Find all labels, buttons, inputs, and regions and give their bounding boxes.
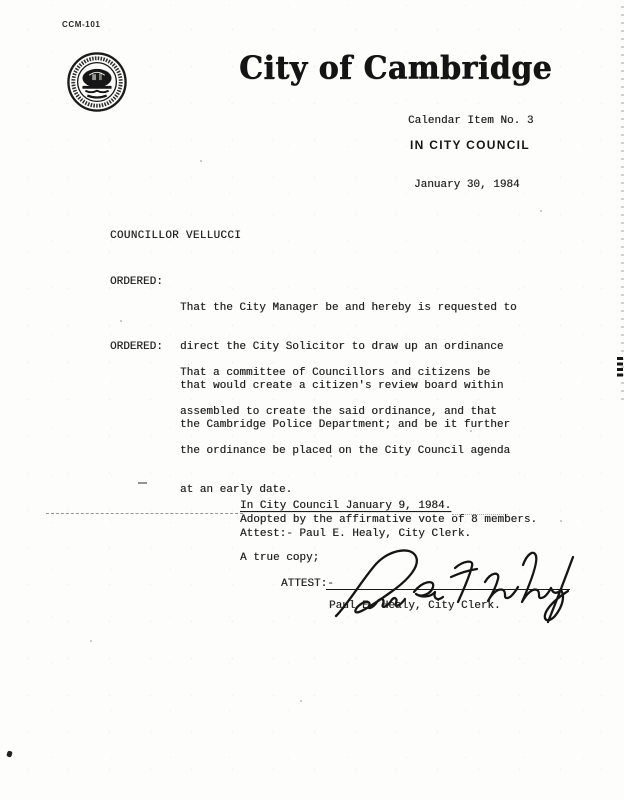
scan-edge-mark bbox=[617, 357, 623, 379]
order-2-text: That a committee of Councillors and citi… bbox=[180, 341, 510, 523]
order-2-line-2: assembled to create the said ordinance, … bbox=[180, 406, 510, 419]
scan-speck bbox=[330, 455, 332, 457]
scan-speck bbox=[120, 320, 122, 322]
sponsor-councillor: COUNCILLOR VELLUCCI bbox=[110, 230, 241, 243]
document-date: January 30, 1984 bbox=[414, 179, 520, 192]
document-title: City of Cambridge bbox=[239, 50, 552, 87]
calendar-item-number: Calendar Item No. 3 bbox=[408, 115, 533, 128]
scanned-council-order-page: CCM-101 City of Cambridge Calendar Item … bbox=[0, 0, 624, 800]
scan-speck bbox=[470, 430, 472, 432]
scan-artifact-line bbox=[46, 513, 243, 514]
scan-stray-dash bbox=[138, 482, 147, 484]
true-copy-line: A true copy; bbox=[240, 552, 319, 565]
signature-paul-e-healy bbox=[322, 546, 578, 630]
scan-speck bbox=[200, 160, 202, 162]
city-of-cambridge-seal-icon bbox=[66, 50, 128, 114]
ordered-label-1: ORDERED: bbox=[110, 276, 163, 289]
scan-speck bbox=[300, 700, 302, 702]
adoption-in-council-line: In City Council January 9, 1984. bbox=[240, 500, 451, 513]
order-1-line-1: That the City Manager be and hereby is r… bbox=[180, 302, 517, 315]
ordered-label-2: ORDERED: bbox=[110, 341, 163, 354]
in-city-council-heading: IN CITY COUNCIL bbox=[410, 138, 530, 152]
order-2-line-4: at an early date. bbox=[180, 484, 510, 497]
form-code: CCM-101 bbox=[62, 20, 100, 29]
adoption-attest-line: Attest:- Paul E. Healy, City Clerk. bbox=[240, 528, 471, 541]
order-2-line-3: the ordinance be placed on the City Coun… bbox=[180, 445, 510, 458]
scan-speck bbox=[540, 210, 542, 212]
signed-name-typed: Paul E. Healy, City Clerk. bbox=[329, 600, 501, 613]
scan-corner-dot bbox=[6, 750, 13, 757]
adoption-vote-line: Adopted by the affirmative vote of 8 mem… bbox=[240, 514, 537, 527]
scan-speck bbox=[560, 520, 562, 522]
order-2-line-1: That a committee of Councillors and citi… bbox=[180, 367, 510, 380]
scan-speck bbox=[90, 640, 92, 642]
